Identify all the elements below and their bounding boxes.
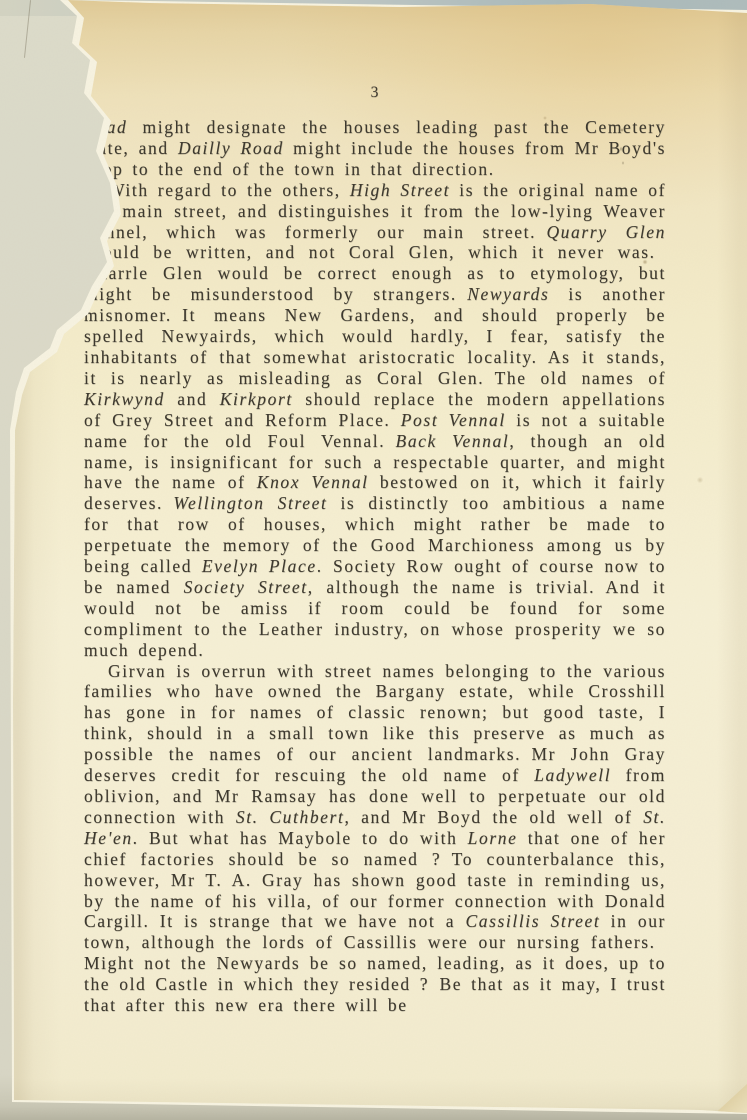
italic-text: Wellington Street (173, 493, 327, 513)
italic-text: St. Cuthbert (236, 807, 345, 827)
backing-crack-line (24, 0, 31, 58)
italic-text: Evelyn Place (202, 556, 317, 576)
paragraph: Road might designate the houses leading … (84, 117, 666, 180)
book-page: 3 Road might designate the houses leadin… (0, 0, 747, 1120)
scanned-book-page: 3 Road might designate the houses leadin… (0, 0, 747, 1120)
body-text: and (165, 389, 220, 409)
italic-text: High Street (350, 180, 450, 200)
italic-text: Quarry Glen (546, 222, 666, 242)
text-block: Road might designate the houses leading … (84, 117, 666, 1016)
italic-text: Society Street (184, 577, 308, 597)
italic-text: Lorne (468, 828, 518, 848)
italic-text: Kirkwynd (84, 389, 165, 409)
italic-text: Dailly Road (178, 138, 284, 158)
paragraph: With regard to the others, High Street i… (84, 180, 666, 661)
page-number: 3 (84, 84, 666, 102)
italic-text: Knox Vennal (257, 472, 369, 492)
italic-text: Back Vennal (396, 431, 510, 451)
body-text: , and Mr Boyd the old well of (344, 807, 643, 827)
corner-fold (708, 1084, 747, 1120)
paragraph: Girvan is overrun with street names belo… (84, 661, 666, 1016)
italic-text: Newyards (467, 284, 549, 304)
italic-text: Ladywell (534, 765, 611, 785)
body-text: With regard to the others, (108, 180, 350, 200)
italic-text: Kirkport (220, 389, 293, 409)
italic-text: Cassillis Street (465, 911, 600, 931)
italic-text: Post Vennal (401, 410, 506, 430)
body-text: . But what has Maybole to do with (133, 828, 468, 848)
